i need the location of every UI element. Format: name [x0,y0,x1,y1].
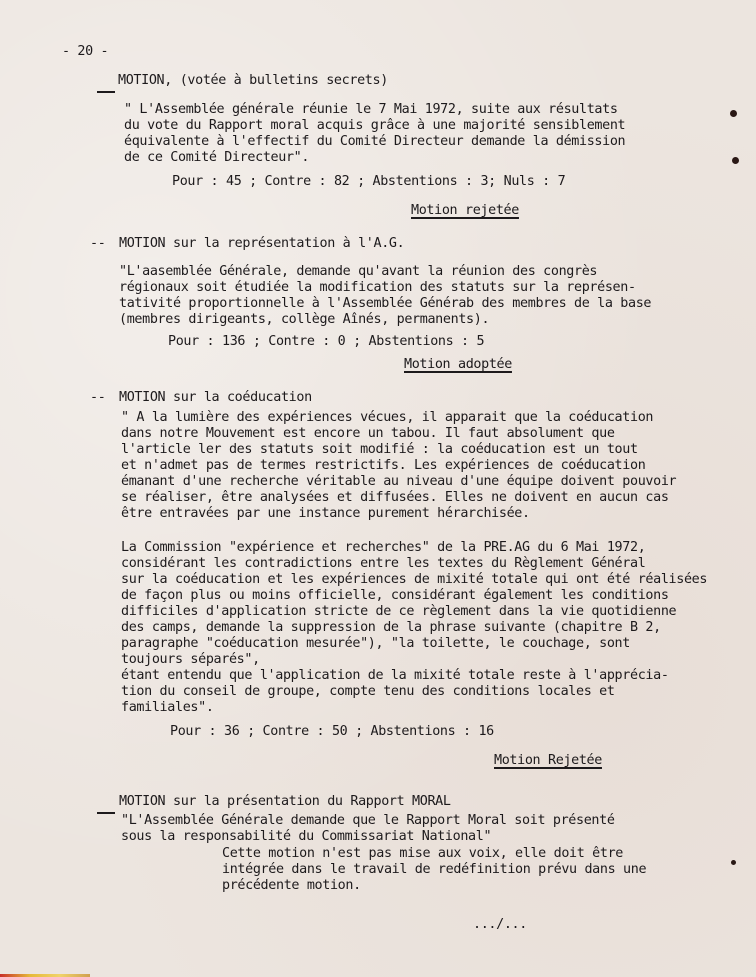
motion-3-commission-line-3: sur la coéducation et les expériences de… [121,572,707,588]
binder-hole-mark [732,157,739,164]
motion-4-note-line-1: Cette motion n'est pas mise aux voix, el… [222,846,623,862]
underscore-marker [97,812,115,814]
motion-3-commission-line-1: La Commission "expérience et recherches"… [121,540,645,556]
motion-3-line-6: se réaliser, être analysées et diffusées… [121,490,669,506]
motion-3-title: MOTION sur la coéducation [119,390,312,406]
motion-4-line-2: sous la responsabilité du Commissariat N… [121,829,491,845]
motion-1-line-4: de ce Comité Directeur". [124,150,309,166]
page-number: - 20 - [62,44,108,60]
motion-3-commission-line-5: difficiles d'application stricte de ce r… [121,604,676,620]
motion-3-commission-line-6: des camps, demande la suppression de la … [121,620,661,636]
motion-2-vote: Pour : 136 ; Contre : 0 ; Abstentions : … [168,334,484,350]
motion-2-line-4: (membres dirigeants, collège Aînés, perm… [119,312,489,328]
motion-4-note-line-3: précédente motion. [222,878,361,894]
motion-1-title: MOTION, (votée à bulletins secrets) [118,73,388,89]
motion-1-line-1: " L'Assemblée générale réunie le 7 Mai 1… [124,102,618,118]
motion-3-line-7: être entravées par une instance purement… [121,506,530,522]
motion-3-vote: Pour : 36 ; Contre : 50 ; Abstentions : … [170,724,494,740]
motion-2-line-1: "L'aasemblée Générale, demande qu'avant … [119,264,597,280]
motion-4-line-1: "L'Assemblée Générale demande que le Rap… [121,813,615,829]
continuation-mark: .../... [473,917,527,933]
motion-1-vote: Pour : 45 ; Contre : 82 ; Abstentions : … [172,174,565,190]
motion-3-commission-line-11: familiales". [121,700,214,716]
motion-3-marker: -- [90,390,105,406]
document-page: - 20 - MOTION, (votée à bulletins secret… [0,0,756,977]
motion-3-line-3: l'article ler des statuts soit modifié :… [121,442,638,458]
motion-3-result: Motion Rejetée [494,753,602,769]
motion-3-line-1: " A la lumière des expériences vécues, i… [121,410,653,426]
motion-2-line-3: tativité proportionnelle à l'Assemblée G… [119,296,651,312]
motion-2-result: Motion adoptée [404,357,512,373]
motion-3-commission-line-10: tion du conseil de groupe, compte tenu d… [121,684,615,700]
motion-1-line-2: du vote du Rapport moral acquis grâce à … [124,118,625,134]
motion-3-commission-line-9: étant entendu que l'application de la mi… [121,668,669,684]
motion-1-line-3: équivalente à l'effectif du Comité Direc… [124,134,625,150]
binder-hole-mark [731,860,736,865]
motion-3-line-2: dans notre Mouvement est encore un tabou… [121,426,615,442]
binder-hole-mark [730,110,737,117]
motion-4-note-line-2: intégrée dans le travail de redéfinition… [222,862,646,878]
motion-2-title: MOTION sur la représentation à l'A.G. [119,236,404,252]
motion-4-title: MOTION sur la présentation du Rapport MO… [119,794,451,810]
motion-3-line-5: émanant d'une recherche véritable au niv… [121,474,676,490]
motion-3-commission-line-8: toujours séparés", [121,652,260,668]
motion-1-result: Motion rejetée [411,203,519,219]
motion-2-marker: -- [90,236,105,252]
motion-3-line-4: et n'admet pas de termes restrictifs. Le… [121,458,645,474]
motion-3-commission-line-7: paragraphe "coéducation mesurée"), "la t… [121,636,630,652]
underscore-marker [97,91,115,93]
motion-2-line-2: régionaux soit étudiée la modification d… [119,280,636,296]
motion-3-commission-line-2: considérant les contradictions entre les… [121,556,645,572]
motion-3-commission-line-4: de façon plus ou moins officielle, consi… [121,588,669,604]
